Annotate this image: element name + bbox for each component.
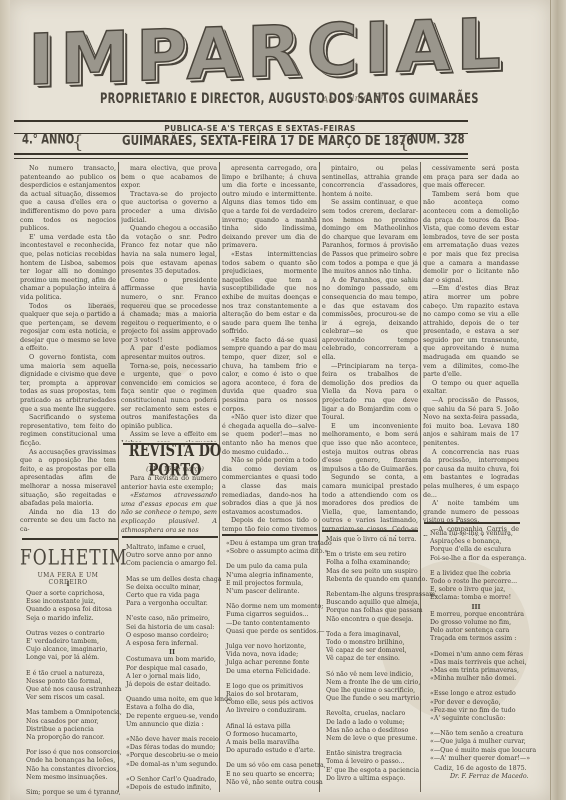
part-number: III — [430, 603, 522, 611]
stanza: Afinal lá estava pillaO formoso hucamart… — [226, 723, 318, 756]
paragraph: «Não quer isto dizer que é chegada aquel… — [222, 413, 317, 456]
paragraph: Todos os liberaes, qualquer que seja o p… — [20, 302, 116, 354]
verse-column-4: Mais que o livro cá na terra. Em o trist… — [326, 536, 418, 790]
stanza: E logo que os primitivosRaios do sol bro… — [226, 683, 318, 716]
verse-column-1: Quer a sorte caprichosa,Esse inconstante… — [26, 590, 118, 800]
stanza: Quando uma noite, em que lendoEstava a f… — [126, 696, 218, 729]
paragraph: As accusações gravissimas que a opposiçã… — [20, 448, 116, 508]
paragraph: O governo fontista, com uma maioria sem … — [20, 353, 116, 413]
publication-schedule: PUBLICA-SE A'S TERÇAS E SEXTAS-FEIRAS — [150, 124, 370, 133]
paragraph: E' uma verdade esta tão incontestavel e … — [20, 233, 116, 302]
paragraph: Ainda no dia 13 do corrente se deu um fa… — [20, 508, 116, 534]
dateline-bottom-rule-thin — [14, 158, 468, 159]
stanza: E a lividez que lhe cobriaTodo o rosto l… — [430, 570, 522, 603]
folhetim-rule — [122, 536, 218, 538]
paragraph: Não se pôde porém a todo dia como deviam… — [222, 456, 317, 516]
dateline-bottom-rule — [14, 153, 468, 155]
stanza: «Deu á estampa um gran tratado«Sobre o a… — [226, 540, 318, 556]
verse-column-2: Maltrato, infame e cruel,Outro sorve ann… — [126, 544, 218, 799]
stanza: Maltrato, infame e cruel,Outro sorve ann… — [126, 544, 218, 569]
paragraph: Como o presidente affirmasse que havia n… — [121, 276, 217, 345]
paragraph: A par d'este podiamos apresentar muitos … — [121, 344, 217, 361]
paragraph: mara electiva, que prova bem o que acaba… — [121, 164, 217, 190]
paragraph: Se assim continuar, e que sem todos crer… — [322, 198, 418, 275]
stanza: Mas tambem a Omnipotencia,Nos casados po… — [26, 709, 118, 742]
brace-divider: { — [398, 132, 409, 153]
column-divider — [118, 162, 119, 792]
verse-column-5: Nella fui-se-lhe a ventura,Aspirações e … — [430, 530, 522, 781]
paragraph: Quando chegou a occasião da votação o sn… — [121, 224, 217, 276]
masthead-rule — [14, 120, 468, 122]
stanza: Nella fui-se-lhe a ventura,Aspirações e … — [430, 530, 522, 563]
masthead-title: IMPARCIAL — [28, 7, 448, 100]
stanza: «Esse longo e atroz estudo«Por dever e d… — [430, 690, 522, 723]
paragraph: —Em d'estes dias Braz atira morrer um po… — [423, 284, 519, 379]
paragraph: —Principiaram na terça-feira os trabalho… — [322, 362, 418, 422]
stanza: Toda a fera imaginaval,Todo o monstro br… — [326, 631, 418, 664]
stanza: Revolta, cruelas, naclaroDe lado a lado … — [326, 710, 418, 743]
stanza: «O Senhor Carl'o Quadrado,«Depois de est… — [126, 776, 218, 792]
paragraph: Tambem será bom que não aconteça como ac… — [423, 190, 519, 285]
column-divider — [319, 162, 320, 792]
paragraph: Tractava-se do projecto que auctorisa o … — [121, 190, 217, 224]
stanza: Sim; porque se um é tyranno, — [26, 789, 118, 797]
paragraph: No numero transacto, patenteando ao publ… — [20, 164, 116, 233]
stanza: Em o triste em seu retiroFolha a folha e… — [326, 551, 418, 584]
folhetim-rule — [424, 522, 520, 524]
paragraph: E um inconveniente melhoramento, e bom s… — [322, 422, 418, 474]
article-column-3: apresenta carregado, ora limpo e brilhan… — [222, 164, 317, 536]
stanza: De um só vôo em casa penetra,E no seu qu… — [226, 762, 318, 787]
paragraph: Torna-se, pois, necessario e urgente, qu… — [121, 362, 217, 431]
stanza: Outras vezes o contrarioE' verdadeiro ta… — [26, 630, 118, 663]
folhetim-title: FOLHETIM — [20, 546, 116, 571]
stanza: E é tão cruel a natureza,Nesse ponto tão… — [26, 670, 118, 703]
paragraph: pintairo, ou pelas sentinellas, attrahia… — [322, 164, 418, 198]
poem-dateline: Cadiz, 16 de agosto de 1875. — [430, 765, 522, 773]
paragraph: apresenta carregado, ora limpo e brilhan… — [222, 164, 317, 250]
folhetim-rule — [22, 538, 118, 540]
poem-author: Dr. F. Ferraz de Macedo. — [430, 773, 522, 781]
stanza: «—Não tem senão a creatura«—Que julga á … — [430, 730, 522, 763]
stanza: N'este caso, não primeiro,Sei da histori… — [126, 615, 218, 648]
folhetim-rule — [322, 530, 418, 532]
paragraph: A de Paranhos, que sahiu no domingo pass… — [322, 276, 418, 362]
paragraph: Assim se leve a effeito em Lisboa essa e… — [121, 430, 217, 442]
stanza: E morreu, porque encontráraDo grosso vol… — [430, 611, 522, 644]
verse-column-3: «Deu á estampa um gran tratado«Sobre o a… — [226, 540, 318, 794]
paragraph: «Estas intermittencias todos sabem o qua… — [222, 250, 317, 336]
stanza: Não dorme nem um momento;Fuma cigarros s… — [226, 603, 318, 636]
paragraph: cessivamente será posta em praça para se… — [423, 164, 519, 190]
stanza: «Domei n'um anno cem féras«Das mais terr… — [430, 651, 522, 684]
brace-divider: { — [72, 132, 83, 153]
paragraph: Segundo se conta, a camara municipal pre… — [322, 473, 418, 536]
revista-body: Para a Revista do numero anterior havia … — [121, 474, 217, 536]
stanza: Rebentam-lhe alguns tresprassam,Buscando… — [326, 591, 418, 624]
paragraph: «Estamos atravessando uma d'essas epocas… — [121, 491, 217, 534]
article-column-2: mara electiva, que prova bem o que acaba… — [121, 164, 217, 442]
stanza: Costumava um bom marido,Por despiquе mal… — [126, 656, 218, 689]
stanza: Mais que o livro cá na terra. — [326, 536, 418, 544]
article-column-1: No numero transacto, patenteando ao publ… — [20, 164, 116, 534]
page-right-edge — [550, 0, 566, 800]
paragraph: Sacrificando o systema representativo, t… — [20, 413, 116, 447]
paragraph: O tempo ou quer aquella exaltar. — [423, 379, 519, 396]
stanza: «Não deve haver mais receio«Das féras to… — [126, 736, 218, 769]
part-number: II — [126, 648, 218, 656]
stanza: Só não vê nem leve indicio,Nem a fronte … — [326, 671, 418, 704]
stanza: De um pulo da cama pulaN'uma alegria inf… — [226, 563, 318, 596]
paragraph: «Este facto dá-se quasi sempre quando a … — [222, 336, 317, 413]
paragraph: —A procissão de Passos, que sahiu da Sé … — [423, 396, 519, 448]
paragraph: A concorrencia nas ruas da procissão, in… — [423, 448, 519, 500]
article-column-4: pintairo, ou pelas sentinellas, attrahia… — [322, 164, 418, 536]
stanza: Julga ver novo horizonte,Vida nova, nova… — [226, 643, 318, 676]
part-number: I — [20, 580, 116, 588]
folhetim-rule — [222, 534, 318, 536]
paragraph: Para a Revista do numero anterior havia … — [121, 474, 217, 491]
stanza: Por isso é que nos consorcios,Onde ha bo… — [26, 749, 118, 782]
stanza: Então sinistra tregraciaToma á leveiro o… — [326, 750, 418, 783]
stanza: Quer a sorte caprichosa,Esse inconstante… — [26, 590, 118, 623]
revista-dates: (11 a 15 de março) — [123, 466, 227, 473]
stanza: Mas se um delles desta chagaSe deixa occ… — [126, 576, 218, 609]
article-column-5: cessivamente será posta em praça para se… — [423, 164, 519, 536]
